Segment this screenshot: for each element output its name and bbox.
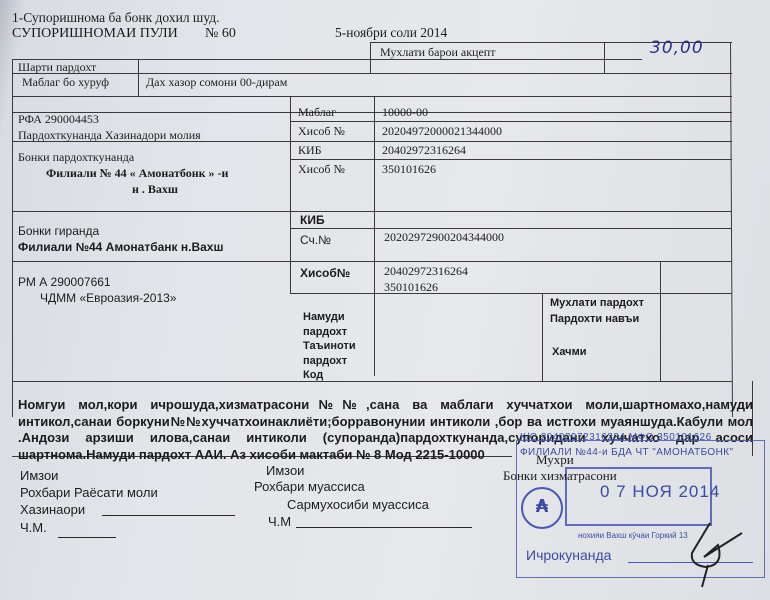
receiver-name: ЧДММ «Евроазия-2013» <box>40 291 176 305</box>
receiver-bank-account-value: 20202972900204344000 <box>384 230 504 245</box>
payer-id: РФА 290004453 <box>18 112 99 127</box>
payment-term-label: Мухлати пардохт <box>550 297 644 309</box>
receiver-bank-kib-label: КИБ <box>300 213 325 227</box>
receiver-id: РМ А 290007661 <box>18 275 111 289</box>
acceptance-term-label: Мухлати барои акцепт <box>380 45 495 60</box>
receiver-account-label: Хисоб№ <box>300 266 350 280</box>
payer-amount-value: 10000-00 <box>382 105 428 120</box>
acceptance-term-value: 30,00 <box>650 38 704 58</box>
payer-bank-kib-label: КИБ <box>298 143 322 158</box>
left-role-2: Хазинаори <box>20 502 85 517</box>
payer-account-value: 20204972000021344000 <box>382 124 502 139</box>
handwritten-signature-icon <box>680 515 760 590</box>
document-title: СУПОРИШНОМАИ ПУЛИ <box>12 26 178 42</box>
payment-terms-label: Шарти пардохт <box>18 60 96 75</box>
payer-bank-city: н . Вахш <box>132 182 178 197</box>
payment-priority-label: Пардохти навъи <box>550 313 639 325</box>
payer-bank-kib-value: 20402972316264 <box>382 143 466 158</box>
middle-signature-line <box>296 527 472 528</box>
header-submitted-line: 1-Супоришнома ба бонк дохил шуд. <box>12 10 219 26</box>
payment-purpose-label-1: Таъиноти <box>303 339 356 354</box>
seal-label: Мухри <box>536 452 574 468</box>
left-sign-label: Имзои <box>20 468 58 483</box>
payment-details-labels: Намуди пардохт Таъиноти пардохт Код <box>303 310 356 383</box>
stamp-address: нохияи Вахш кӯчаи Горкий 13 <box>578 531 688 540</box>
left-role-1: Рохбари Раёсати моли <box>20 485 158 500</box>
left-chief-signature-line <box>58 537 116 538</box>
payment-purpose-label-2: пардохт <box>303 354 356 369</box>
middle-chief-accountant: Ч.М <box>268 514 291 529</box>
payment-type-label-2: пардохт <box>303 325 356 340</box>
stamp-account-line: К/С 20402972316234 МФО 350101626 <box>520 432 712 443</box>
middle-sign-label: Имзои <box>266 463 304 478</box>
payment-type-label-1: Намуди <box>303 310 356 325</box>
document-number: № 60 <box>205 26 236 42</box>
servicing-bank-label: Бонки хизматрасони <box>503 468 617 484</box>
payer-bank-account-value: 350101626 <box>382 162 436 177</box>
receiver-bank-name: Филиали №44 Амонатбанк н.Вахш <box>18 240 223 254</box>
payer-bank-account-label: Хисоб № <box>298 162 345 177</box>
receiver-bank-account-label: Сч.№ <box>300 233 331 247</box>
left-signature-line <box>102 515 235 516</box>
middle-role-2: Сармухосиби муассиса <box>287 497 429 512</box>
left-chief-accountant: Ч.М. <box>20 520 47 535</box>
stamp-date: 0 7 НОЯ 2014 <box>600 482 720 502</box>
payer-bank-name: Филиали № 44 « Амонатбонк » -и <box>46 166 228 181</box>
receiver-account-value-2: 350101626 <box>384 280 438 295</box>
amount-in-words-value: Дах хазор сомони 00-дирам <box>146 75 287 90</box>
receiver-bank-label: Бонки гиранда <box>18 224 99 238</box>
payer-name: Пардохткунанда Хазинадори молия <box>18 128 201 143</box>
receiver-account-value-1: 20402972316264 <box>384 264 468 279</box>
payment-volume-label: Хачми <box>552 346 586 358</box>
bank-logo-icon: ₳ <box>521 487 563 529</box>
payer-amount-label: Маблаг <box>298 105 336 120</box>
payment-code-label: Код <box>303 368 356 383</box>
payer-bank-label: Бонки пардохткунанда <box>18 150 134 165</box>
stamp-executor-label: Ичрокунанда <box>526 547 611 563</box>
amount-in-words-label: Маблаг бо хуруф <box>22 75 122 89</box>
middle-role-1: Рохбари муассиса <box>254 479 365 494</box>
document-date: 5-ноябри соли 2014 <box>335 25 447 41</box>
payer-account-label: Хисоб № <box>298 124 345 139</box>
